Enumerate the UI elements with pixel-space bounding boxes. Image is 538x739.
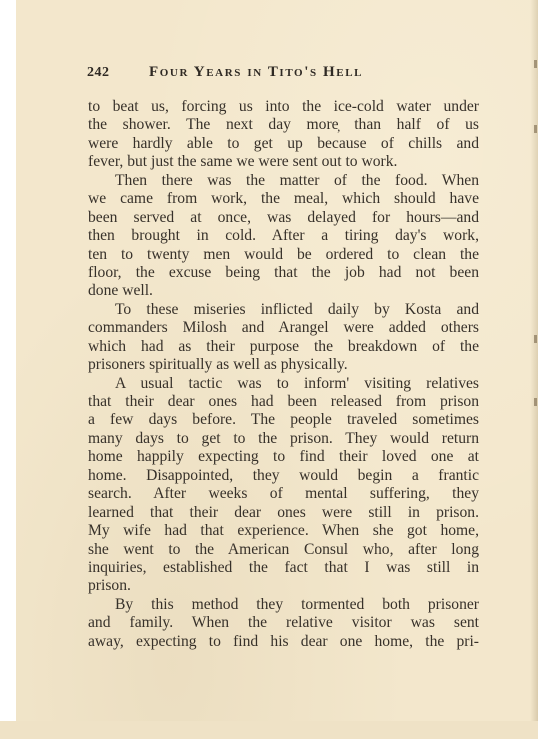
text-line: To these miseries inflicted daily by Kos…: [88, 301, 479, 319]
text-line: prisoners spiritually as well as physica…: [88, 356, 479, 374]
text-line: learned that their dear ones were still …: [88, 504, 479, 522]
body-text: to beat us, forcing us into the ice-cold…: [88, 98, 479, 651]
running-head: 242 Four Years in Tito's Hell: [87, 64, 487, 81]
text-line: ten to twenty men would be ordered to cl…: [88, 246, 479, 264]
page-edge-mark: [534, 398, 537, 406]
text-line: commanders Milosh and Arangel were added…: [88, 319, 479, 337]
text-line: away, expecting to find his dear one hom…: [88, 633, 479, 651]
text-line: home happily expecting to find their lov…: [88, 448, 479, 466]
text-line: Then there was the matter of the food. W…: [88, 172, 479, 190]
text-line: were hardly able to get up because of ch…: [88, 135, 479, 153]
text-line: By this method they tormented both priso…: [88, 596, 479, 614]
text-line: prison.: [88, 577, 479, 595]
page-edge-mark: [534, 335, 537, 343]
page-number: 242: [87, 65, 145, 81]
text-line: done well.: [88, 282, 479, 300]
text-line: the shower. The next day more̦ than half…: [88, 116, 479, 134]
text-line: many days to get to the prison. They wou…: [88, 430, 479, 448]
text-line: A usual tactic was to inform' visiting r…: [88, 375, 479, 393]
text-line: inquiries, established the fact that I w…: [88, 559, 479, 577]
running-title: Four Years in Tito's Hell: [149, 64, 363, 81]
text-line: a few days before. The people traveled s…: [88, 411, 479, 429]
text-line: search. After weeks of mental suffering,…: [88, 485, 479, 503]
text-line: we came from work, the meal, which shoul…: [88, 190, 479, 208]
text-line: to beat us, forcing us into the ice-cold…: [88, 98, 479, 116]
text-line: and family. When the relative visitor wa…: [88, 614, 479, 632]
scanned-book-page: 242 Four Years in Tito's Hell to beat us…: [0, 0, 538, 739]
page-edge-mark: [534, 60, 537, 68]
page-edge-mark: [534, 125, 537, 133]
text-line: she went to the American Consul who, aft…: [88, 541, 479, 559]
text-line: then brought in cold. After a tiring day…: [88, 227, 479, 245]
text-line: fever, but just the same we were sent ou…: [88, 153, 479, 171]
text-line: which had as their purpose the breakdown…: [88, 338, 479, 356]
text-line: floor, the excuse being that the job had…: [88, 264, 479, 282]
text-line: home. Disappointed, they would begin a f…: [88, 467, 479, 485]
page-bottom-margin: [0, 721, 538, 739]
text-line: My wife had that experience. When she go…: [88, 522, 479, 540]
text-line: that their dear ones had been released f…: [88, 393, 479, 411]
text-line: been served at once, was delayed for hou…: [88, 209, 479, 227]
